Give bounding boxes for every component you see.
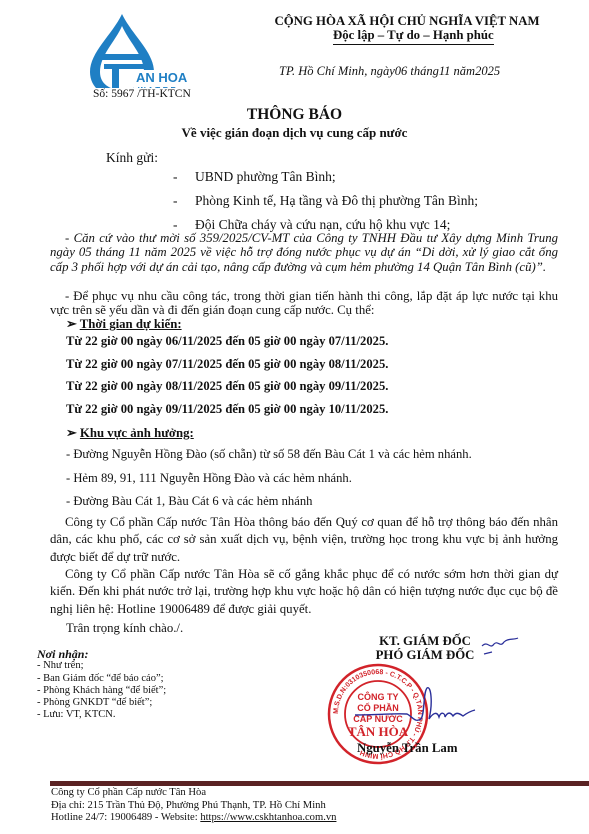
initial-scribble-icon — [480, 636, 520, 658]
notice-paragraph: Công ty Cổ phần Cấp nước Tân Hòa thông b… — [50, 514, 558, 566]
footer-address: Địa chỉ: 215 Trần Thủ Độ, Phường Phú Thạ… — [51, 800, 336, 813]
national-motto: Độc lập – Tự do – Hạnh phúc — [333, 28, 494, 45]
signer-title: KT. GIÁM ĐỐC PHÓ GIÁM ĐỐC — [355, 634, 495, 662]
national-title: CỘNG HÒA XÃ HỘI CHỦ NGHĨA VIỆT NAM — [272, 14, 542, 29]
arrow-bullet-icon: ➢ — [66, 426, 80, 440]
initial-mark — [480, 636, 520, 658]
recipient-item: -UBND phường Tân Bình; — [173, 166, 478, 190]
schedule-item: Từ 22 giờ 00 ngày 09/11/2025 đến 05 giờ … — [66, 402, 388, 425]
handwritten-signature — [355, 683, 525, 743]
closing-line: Trân trọng kính chào./. — [66, 621, 183, 636]
affected-list: - Đường Nguyễn Hồng Đào (số chẵn) từ số … — [66, 447, 472, 518]
schedule-item: Từ 22 giờ 00 ngày 08/11/2025 đến 05 giờ … — [66, 379, 388, 402]
basis-paragraph: - Căn cứ vào thư mời số 359/2025/CV-MT c… — [50, 231, 558, 274]
affected-heading: ➢ Khu vực ảnh hưởng: — [66, 426, 194, 441]
arrow-bullet-icon: ➢ — [66, 317, 80, 331]
svg-text:AN HOA: AN HOA — [136, 70, 188, 85]
distribution-item: - Như trên; — [37, 660, 166, 672]
affected-item: - Đường Nguyễn Hồng Đào (số chẵn) từ số … — [66, 447, 472, 471]
place-date: TP. Hồ Chí Minh, ngày06 tháng11 năm2025 — [279, 64, 500, 79]
remedy-paragraph: Công ty Cổ phần Cấp nước Tân Hòa sẽ cố g… — [50, 566, 558, 618]
footer: Công ty Cổ phần Cấp nước Tân Hòa Địa chỉ… — [51, 787, 336, 825]
distribution-item: - Phòng GNKDT “để biết”; — [37, 697, 166, 709]
footer-company: Công ty Cổ phần Cấp nước Tân Hòa — [51, 787, 336, 800]
signature-scribble-icon — [355, 683, 525, 743]
distribution-heading: Nơi nhận: — [37, 648, 166, 660]
distribution-item: - Lưu: VT, KTCN. — [37, 709, 166, 721]
recipient-item: -Phòng Kinh tế, Hạ tầng và Đô thị phường… — [173, 190, 478, 214]
recipients-list: -UBND phường Tân Bình; -Phòng Kinh tế, H… — [173, 166, 478, 238]
signer-name: Nguyễn Trần Lam — [357, 741, 458, 756]
distribution-item: - Phòng Khách hàng “để biết”; — [37, 685, 166, 697]
footer-divider — [50, 781, 589, 786]
distribution-list: Nơi nhận: - Như trên; - Ban Giám đốc “để… — [37, 648, 166, 722]
schedule-item: Từ 22 giờ 00 ngày 06/11/2025 đến 05 giờ … — [66, 334, 388, 357]
recipients-label: Kính gửi: — [106, 150, 158, 166]
affected-item: - Hẻm 89, 91, 111 Nguyễn Hồng Đào và các… — [66, 471, 472, 495]
schedule-item: Từ 22 giờ 00 ngày 07/11/2025 đến 05 giờ … — [66, 357, 388, 380]
footer-contact: Hotline 24/7: 19006489 - Website: https:… — [51, 812, 336, 825]
schedule-list: Từ 22 giờ 00 ngày 06/11/2025 đến 05 giờ … — [66, 334, 388, 424]
purpose-paragraph: - Để phục vụ nhu cầu công tác, trong thờ… — [50, 289, 558, 318]
document-subtitle: Về việc gián đoạn dịch vụ cung cấp nước — [0, 125, 589, 141]
document-title: THÔNG BÁO — [0, 106, 589, 124]
document-number: Số: 5967 /TH-KTCN — [92, 88, 192, 100]
schedule-heading: ➢ Thời gian dự kiến: — [66, 317, 182, 332]
website-link[interactable]: https://www.cskhtanhoa.com.vn — [200, 812, 336, 823]
distribution-item: - Ban Giám đốc “để báo cáo”; — [37, 673, 166, 685]
